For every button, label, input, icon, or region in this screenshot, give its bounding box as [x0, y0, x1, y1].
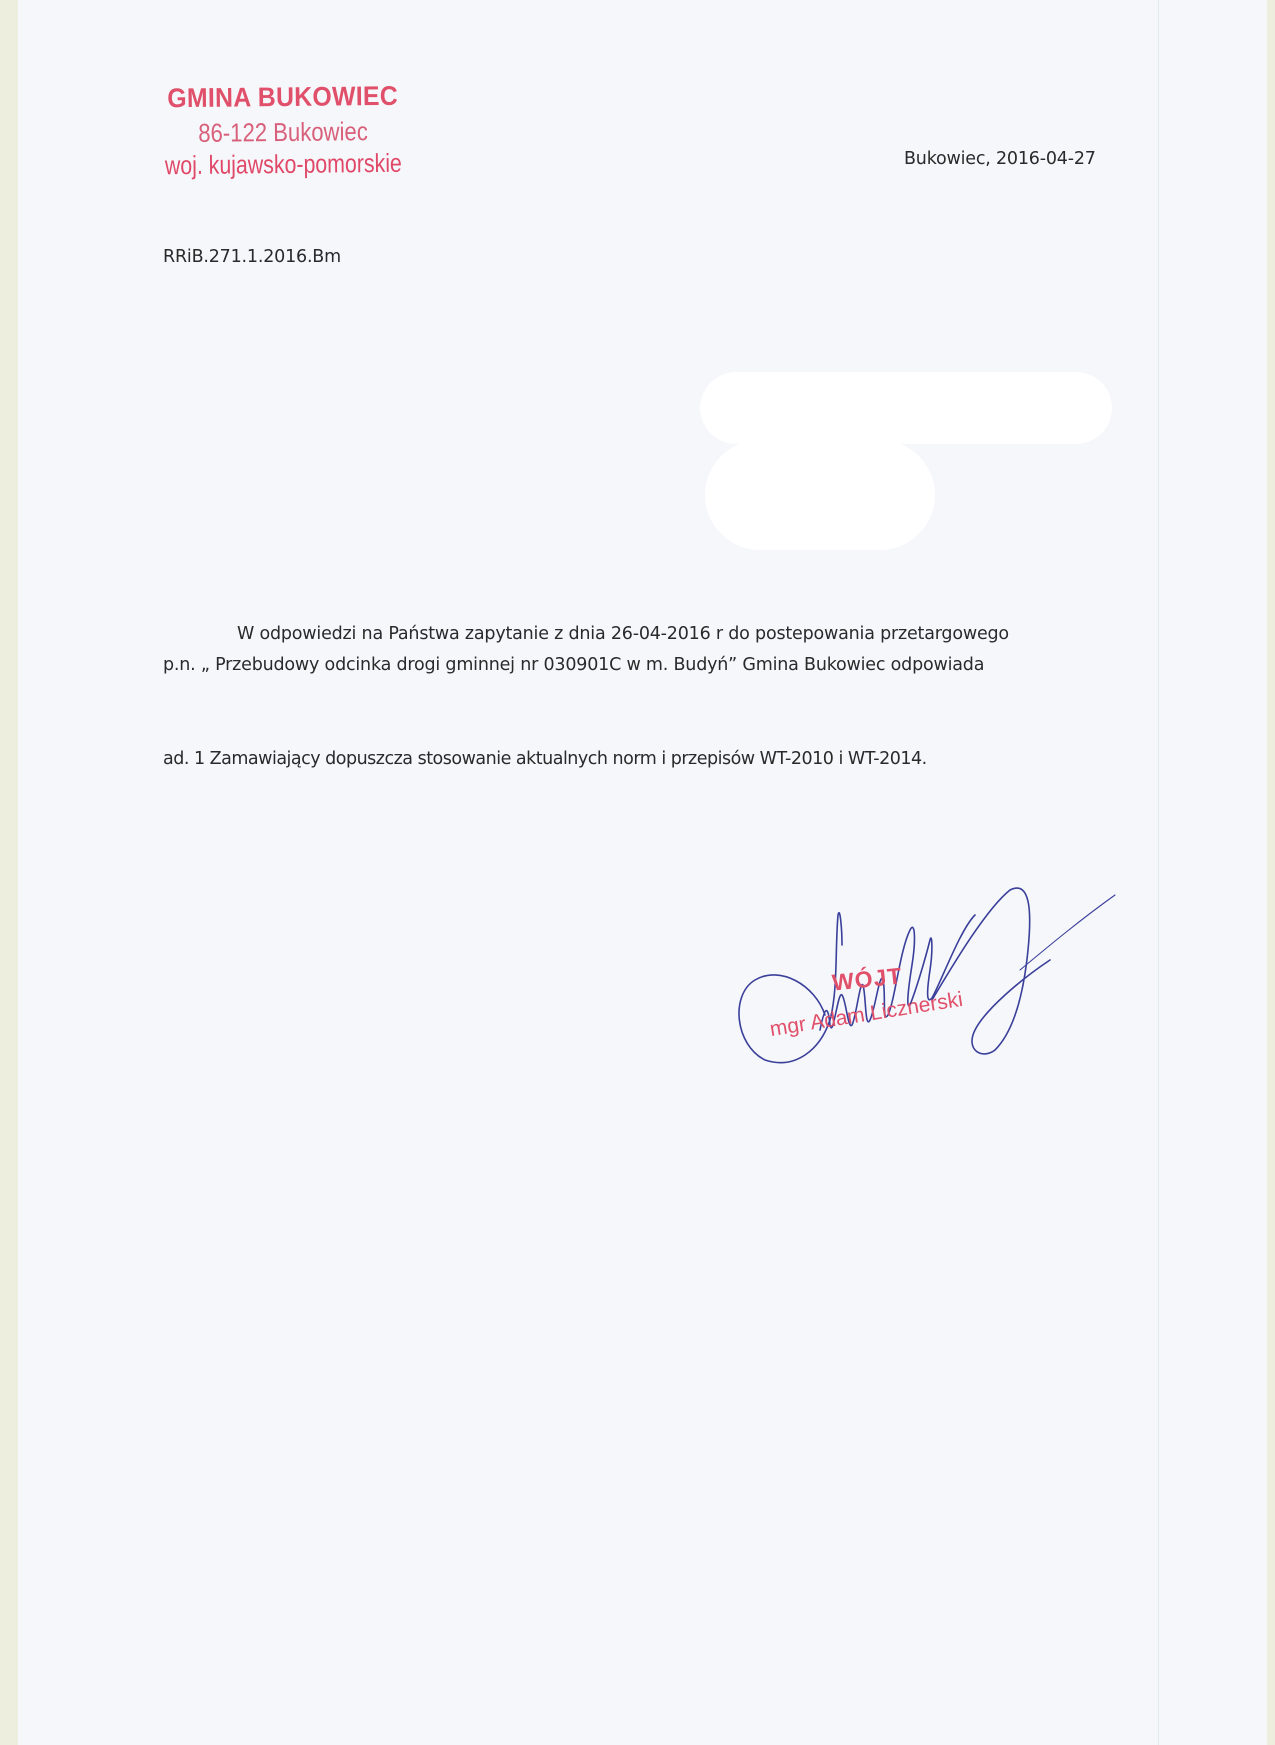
letterhead-name: GMINA BUKOWIEC: [149, 83, 416, 113]
redacted-recipient-block: [700, 372, 1112, 444]
letterhead-postal-address: 86-122 Bukowiec: [160, 118, 407, 147]
scan-artifact-line: [1158, 0, 1159, 1745]
answer-item-1: ad. 1 Zamawiający dopuszcza stosowanie a…: [163, 749, 927, 769]
body-paragraph-line: p.n. „ Przebudowy odcinka drogi gminnej …: [163, 655, 984, 675]
body-paragraph-line: W odpowiedzi na Państwa zapytanie z dnia…: [237, 624, 1009, 644]
place-and-date: Bukowiec, 2016-04-27: [904, 149, 1096, 169]
redacted-recipient-block: [705, 440, 935, 550]
signature-block: WÓJT mgr Adam Licznerski: [720, 870, 1120, 1070]
reference-number: RRiB.271.1.2016.Bm: [163, 247, 341, 267]
letterhead-region: woj. kujawsko-pomorskie: [164, 150, 402, 178]
letterhead-stamp: GMINA BUKOWIEC 86-122 Bukowiec woj. kuja…: [138, 82, 429, 178]
